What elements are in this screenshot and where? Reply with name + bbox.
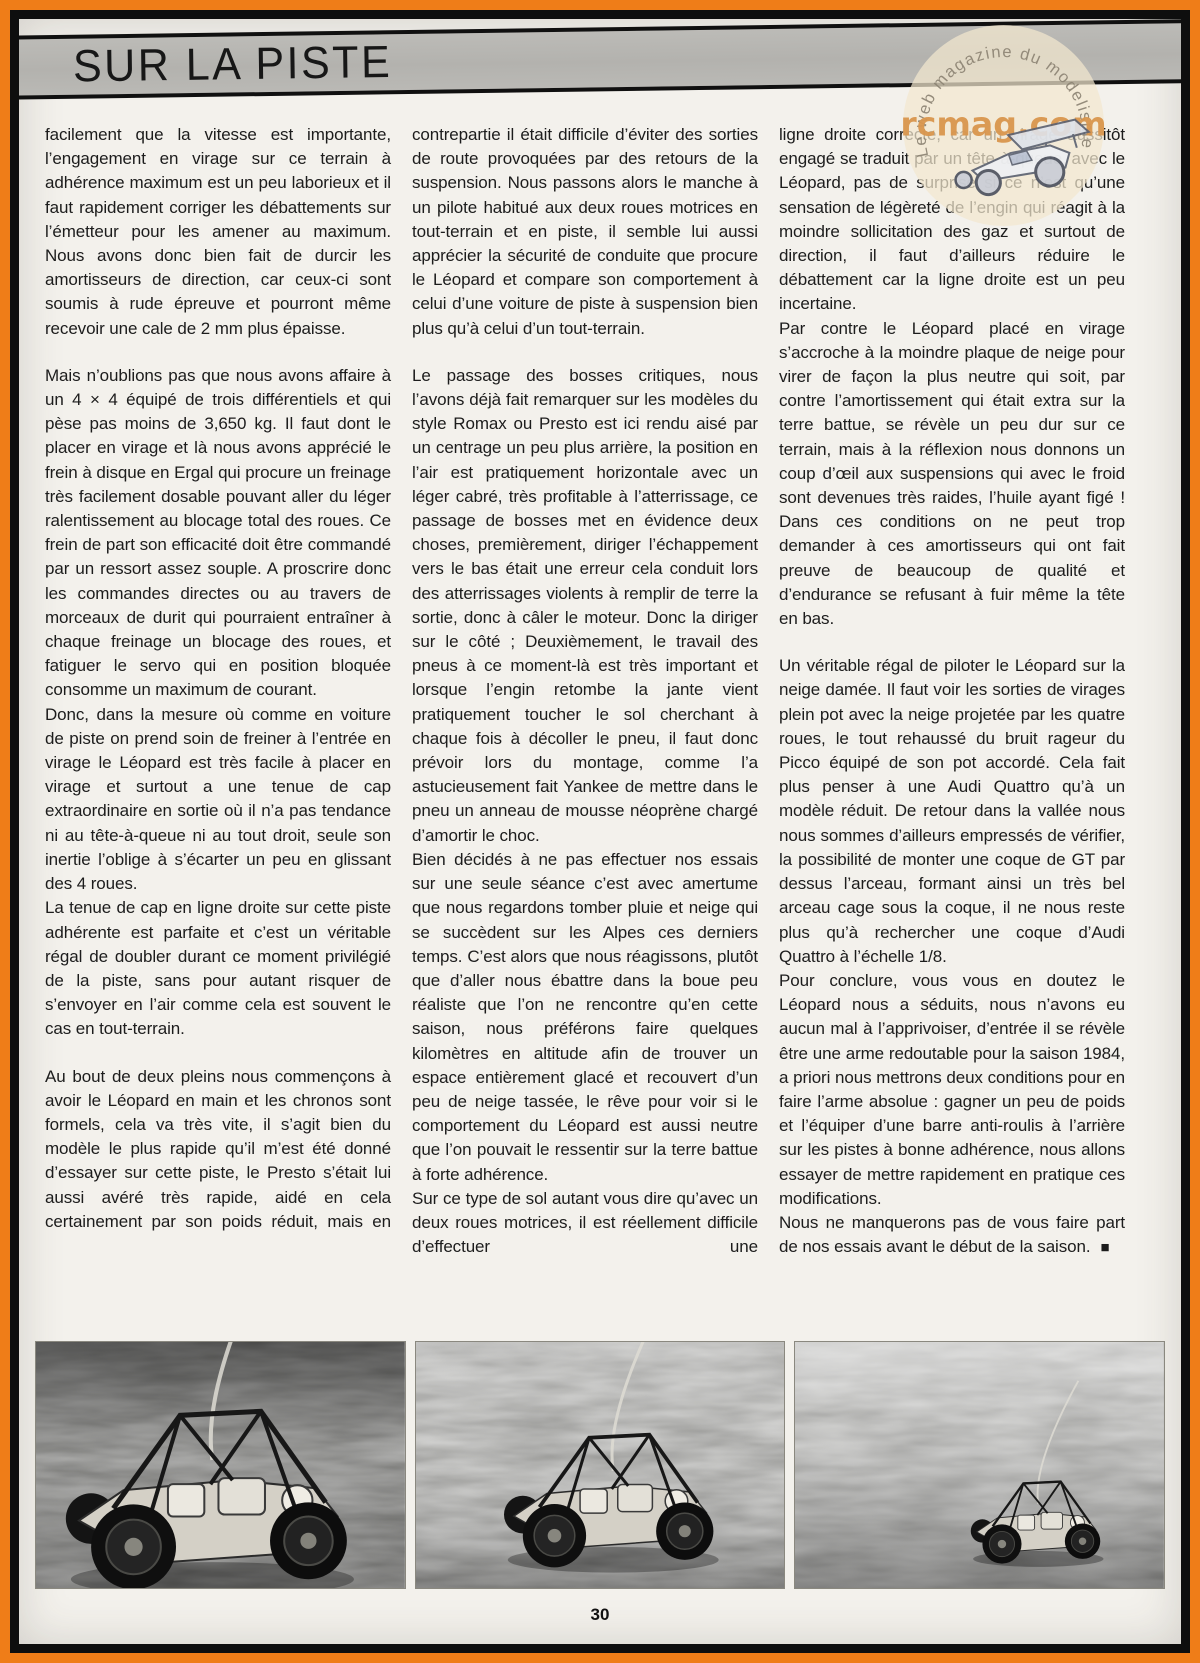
photo-leopard-buggy-1: [35, 1341, 406, 1589]
paragraph: ligne droite correcte, car un virage aus…: [779, 123, 1125, 317]
page-number: 30: [19, 1605, 1181, 1625]
paragraph: contrepartie il était difficile d’éviter…: [412, 123, 758, 341]
photo-leopard-buggy-2: [415, 1341, 786, 1589]
buggy-photo-illustration: [416, 1342, 785, 1588]
article: facilement que la vitesse est importante…: [45, 123, 1125, 1327]
photo-strip: [35, 1341, 1165, 1589]
paragraph: Mais n’oublions pas que nous avons affai…: [45, 364, 391, 703]
page-title: SUR LA PISTE: [73, 37, 393, 93]
paragraph: Nous ne manquerons pas de vous faire par…: [779, 1211, 1125, 1260]
photo-leopard-buggy-3: [794, 1341, 1165, 1589]
buggy-photo-illustration: [795, 1342, 1164, 1588]
header-band: SUR LA PISTE: [11, 19, 1190, 99]
paragraph: Le passage des bosses critiques, nous l’…: [412, 364, 758, 848]
paragraph: Donc, dans la mesure où comme en voiture…: [45, 703, 391, 897]
end-of-article-marker: ■: [1090, 1239, 1109, 1256]
paragraph: Sur ce type de sol autant vous dire qu’a…: [412, 1187, 758, 1260]
paragraph: Pour conclure, vous vous en doutez le Lé…: [779, 969, 1125, 1211]
paragraph-text: Nous ne manquerons pas de vous faire par…: [779, 1213, 1125, 1256]
column-1: facilement que la vitesse est importante…: [45, 123, 391, 1327]
paragraph: Bien décidés à ne pas effectuer nos essa…: [412, 848, 758, 1187]
paragraph: Au bout de deux pleins nous commençons à…: [45, 1065, 391, 1234]
column-3: ligne droite correcte, car un virage aus…: [779, 123, 1125, 1327]
paragraph: Par contre le Léopard placé en virage s’…: [779, 317, 1125, 632]
magazine-scan: { "header": { "title": "SUR LA PISTE" },…: [0, 0, 1200, 1663]
buggy-photo-illustration: [36, 1342, 405, 1588]
paragraph: La tenue de cap en ligne droite sur cett…: [45, 896, 391, 1041]
paragraph: facilement que la vitesse est importante…: [45, 123, 391, 341]
paragraph: Un véritable régal de piloter le Léopard…: [779, 654, 1125, 969]
page-frame: SUR LA PISTE facilement que la vitesse e…: [10, 10, 1190, 1653]
column-2: contrepartie il était difficile d’éviter…: [412, 123, 758, 1327]
